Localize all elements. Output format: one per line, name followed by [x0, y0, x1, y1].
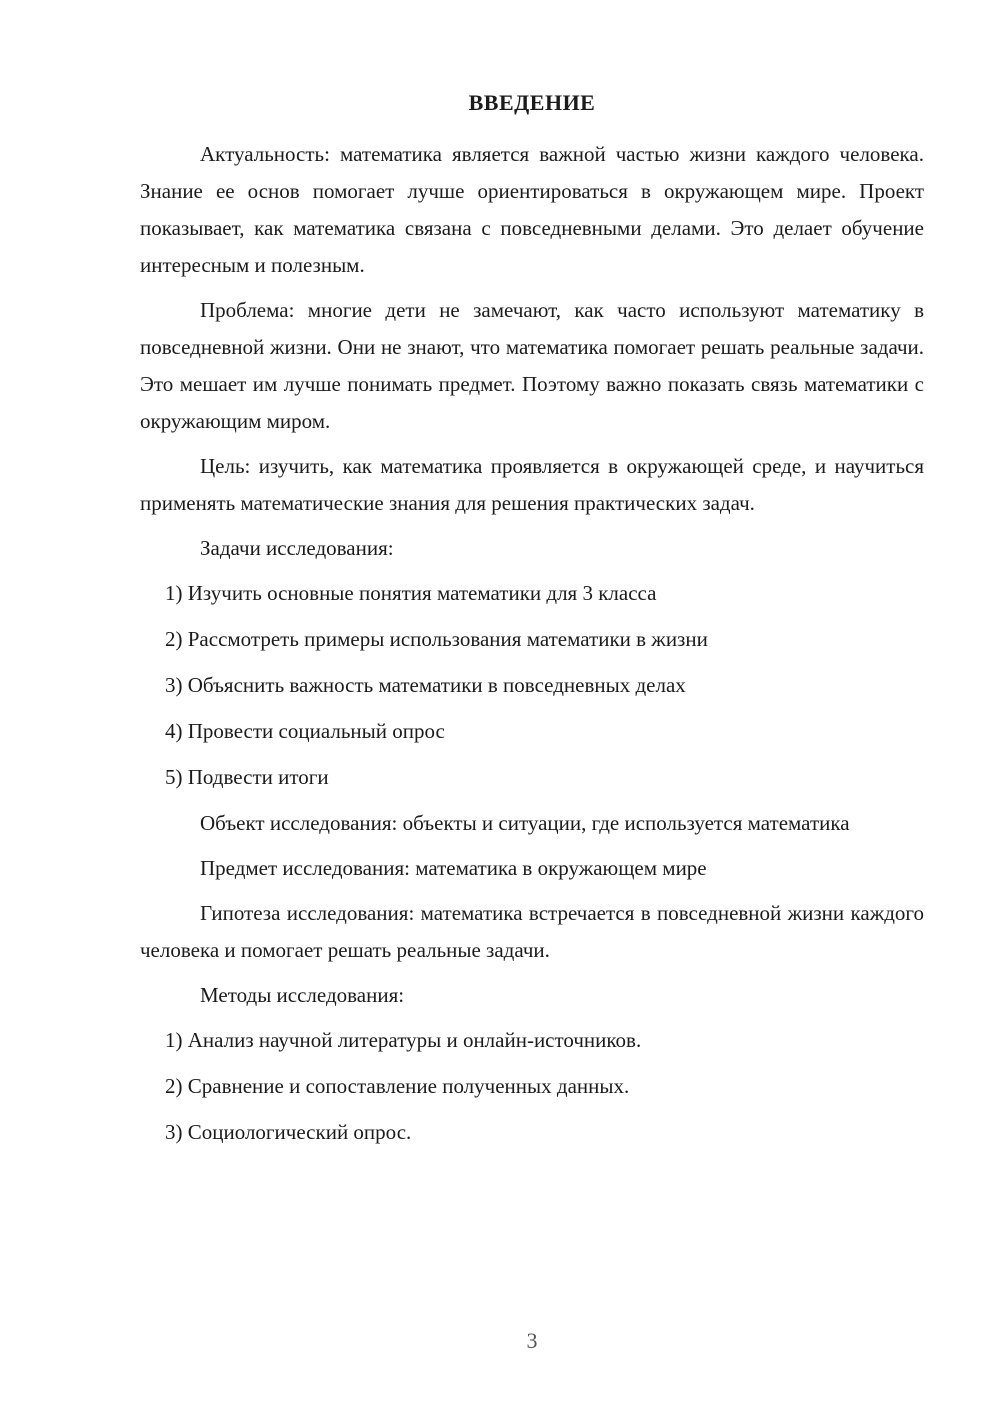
- page-title: ВВЕДЕНИЕ: [140, 88, 924, 118]
- paragraph-problem: Проблема: многие дети не замечают, как ч…: [140, 292, 924, 440]
- method-item-2: 2) Сравнение и сопоставление полученных …: [140, 1068, 924, 1105]
- paragraph-actuality: Актуальность: математика является важной…: [140, 136, 924, 284]
- task-item-1: 1) Изучить основные понятия математики д…: [140, 575, 924, 612]
- paragraph-hypothesis: Гипотеза исследования: математика встреч…: [140, 895, 924, 969]
- methods-list: 1) Анализ научной литературы и онлайн-ис…: [140, 1022, 924, 1151]
- method-item-3: 3) Социологический опрос.: [140, 1114, 924, 1151]
- tasks-heading: Задачи исследования:: [140, 530, 924, 567]
- paragraph-subject: Предмет исследования: математика в окруж…: [140, 850, 924, 887]
- method-item-1: 1) Анализ научной литературы и онлайн-ис…: [140, 1022, 924, 1059]
- paragraph-object: Объект исследования: объекты и ситуации,…: [140, 805, 924, 842]
- page-number: 3: [140, 1328, 924, 1354]
- document-page: ВВЕДЕНИЕ Актуальность: математика являет…: [0, 0, 1000, 1414]
- methods-heading: Методы исследования:: [140, 977, 924, 1014]
- task-item-3: 3) Объяснить важность математики в повсе…: [140, 667, 924, 704]
- tasks-list: 1) Изучить основные понятия математики д…: [140, 575, 924, 796]
- task-item-5: 5) Подвести итоги: [140, 759, 924, 796]
- task-item-2: 2) Рассмотреть примеры использования мат…: [140, 621, 924, 658]
- task-item-4: 4) Провести социальный опрос: [140, 713, 924, 750]
- paragraph-goal: Цель: изучить, как математика проявляетс…: [140, 448, 924, 522]
- document-content: ВВЕДЕНИЕ Актуальность: математика являет…: [140, 88, 924, 1160]
